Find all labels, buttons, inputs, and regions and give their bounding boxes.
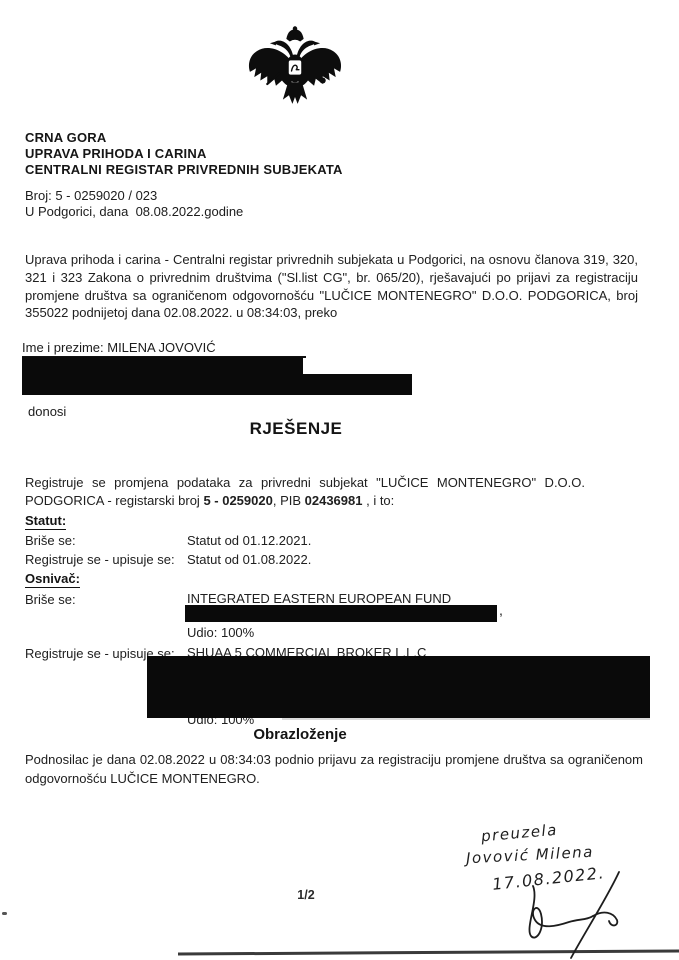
decision-title: RJEŠENJE xyxy=(0,419,592,439)
montenegro-coat-of-arms-icon xyxy=(243,20,347,122)
applicant-name-line: Ime i prezime: MILENA JOVOVIĆ xyxy=(22,340,216,355)
intro-paragraph: Uprava prihoda i carina - Centralni regi… xyxy=(25,251,638,322)
document-page: CRNA GORA UPRAVA PRIHODA I CARINA CENTRA… xyxy=(0,0,679,960)
org-name-line3: CENTRALNI REGISTAR PRIVREDNIH SUBJEKATA xyxy=(25,162,505,178)
statut-registruje-value: Statut od 01.08.2022. xyxy=(187,552,311,567)
obrazlozenje-title: Obrazloženje xyxy=(0,726,600,743)
statut-registruje-label: Registruje se - upisuje se: xyxy=(25,552,175,567)
donosi-label: donosi xyxy=(28,404,66,419)
registry-number: 5 - 0259020 xyxy=(203,493,272,508)
pib-number: 02436981 xyxy=(305,493,363,508)
obrazlozenje-paragraph: Podnosilac je dana 02.08.2022 u 08:34:03… xyxy=(25,750,643,788)
decision-intro-seg3: , i to: xyxy=(362,493,394,508)
redaction-block-applicant-2 xyxy=(22,374,412,395)
redaction-block-new-owner xyxy=(147,656,650,718)
handwriting-line2: Jovović Milena xyxy=(466,843,595,868)
redaction-block-osnivac xyxy=(185,605,497,622)
statut-brise-value: Statut od 01.12.2021. xyxy=(187,533,311,548)
signature xyxy=(505,870,653,960)
section-heading-osnivac: Osnivač: xyxy=(25,571,80,588)
letterhead: CRNA GORA UPRAVA PRIHODA I CARINA CENTRA… xyxy=(25,130,505,177)
statut-brise-label: Briše se: xyxy=(25,533,76,548)
handwriting-line1: preuzela xyxy=(480,821,558,846)
osnivac-brise-label: Briše se: xyxy=(25,592,76,607)
org-name-line2: UPRAVA PRIHODA I CARINA xyxy=(25,146,505,162)
decision-intro-seg2: , PIB xyxy=(273,493,305,508)
place-date-line: U Podgorici, dana 08.08.2022.godine xyxy=(25,204,243,219)
org-name-line1: CRNA GORA xyxy=(25,130,505,146)
section-heading-statut: Statut: xyxy=(25,513,66,530)
decision-intro-paragraph: Registruje se promjena podataka za privr… xyxy=(25,474,585,509)
scan-speck xyxy=(2,912,7,915)
after-redaction-comma: , xyxy=(499,602,503,618)
document-number-line: Broj: 5 - 0259020 / 023 xyxy=(25,188,157,203)
osnivac-brise-value: INTEGRATED EASTERN EUROPEAN FUND xyxy=(187,591,451,606)
udio-value-1: Udio: 100% xyxy=(187,625,254,640)
